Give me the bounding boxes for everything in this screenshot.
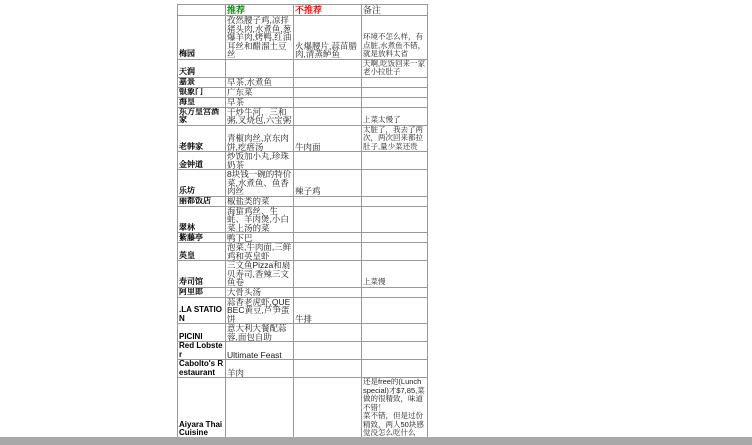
- table-row: 阿里郎 大骨头汤: [178, 287, 428, 297]
- restaurant-name-cell: 海皇: [178, 97, 226, 107]
- restaurant-name-cell: Cabolto's Restaurant: [178, 360, 226, 378]
- note-cell: [362, 170, 428, 197]
- table-row: Aiyara Thai Cuisine 还是free的(Lunch specia…: [178, 378, 428, 439]
- restaurant-name-cell: 紫藤亭: [178, 233, 226, 243]
- restaurant-name-cell: 天润: [178, 59, 226, 77]
- note-cell: [362, 297, 428, 324]
- recommend-cell: 椒盐类的菜: [226, 196, 294, 206]
- note-cell: 上菜慢: [362, 261, 428, 288]
- table-row: 丽都饭店 椒盐类的菜: [178, 196, 428, 206]
- not-recommend-cell: [294, 206, 362, 233]
- not-recommend-cell: [294, 324, 362, 342]
- recommend-cell: 孜然腰子鸡,凉拌猪头肉,水煮鱼,葱爆羊肉,烤鸭,红油耳丝和醋溜土豆丝: [226, 16, 294, 60]
- note-cell: [362, 233, 428, 243]
- restaurant-name-cell: 乐坊: [178, 170, 226, 197]
- recommend-cell: [226, 378, 294, 439]
- table-row: 天润 天啊,吃饭回来一家老小拉肚子: [178, 59, 428, 77]
- recommend-cell: 意大利大餐配蒜蓉,面包自助: [226, 324, 294, 342]
- not-recommend-cell: [294, 360, 362, 378]
- note-cell: [362, 287, 428, 297]
- table-row: PICINI 意大利大餐配蒜蓉,面包自助: [178, 324, 428, 342]
- restaurant-name-cell: 嘉景: [178, 77, 226, 87]
- note-cell: [362, 97, 428, 107]
- table-row: 翠林 海蜇鸡丝、生蚝、羊肉煲,小白菜上汤的菜: [178, 206, 428, 233]
- recommend-cell: 三文鱼Pizza和扇贝寿司,香辣三文鱼卷: [226, 261, 294, 288]
- restaurant-name-cell: 英皇: [178, 243, 226, 261]
- note-cell: [362, 77, 428, 87]
- recommend-cell: [226, 59, 294, 77]
- table-header-row: 推荐 不推荐 备注: [178, 5, 428, 16]
- note-cell: 上菜太慢了: [362, 107, 428, 125]
- restaurant-name-cell: 老韩家: [178, 125, 226, 152]
- table-row: 寿司馆 三文鱼Pizza和扇贝寿司,香辣三文鱼卷 上菜慢: [178, 261, 428, 288]
- note-cell: 太脏了，我去了两次，两次回来都拉肚子,量少菜还贵: [362, 125, 428, 152]
- not-recommend-cell: [294, 287, 362, 297]
- restaurant-name-cell: .LA STATION: [178, 297, 226, 324]
- not-recommend-cell: [294, 152, 362, 170]
- not-recommend-cell: [294, 196, 362, 206]
- note-cell: [362, 360, 428, 378]
- not-recommend-cell: 牛肉面: [294, 125, 362, 152]
- table-row: 梅园 孜然腰子鸡,凉拌猪头肉,水煮鱼,葱爆羊肉,烤鸭,红油耳丝和醋溜土豆丝 火爆…: [178, 16, 428, 60]
- recommend-cell: 早茶: [226, 97, 294, 107]
- note-cell: [362, 324, 428, 342]
- restaurant-name-cell: 梅园: [178, 16, 226, 60]
- note-cell: [362, 152, 428, 170]
- recommend-cell: 干炒牛河，三和粥,叉烧包,六宝粥: [226, 107, 294, 125]
- table-row: 银象门 广东菜: [178, 87, 428, 97]
- restaurant-name-cell: 银象门: [178, 87, 226, 97]
- recommend-cell: 鸭下巴: [226, 233, 294, 243]
- recommend-cell: 早茶,水煮鱼: [226, 77, 294, 87]
- table-row: 老韩家 青椒肉丝,京东肉饼,疙瘩汤 牛肉面 太脏了，我去了两次，两次回来都拉肚子…: [178, 125, 428, 152]
- table-row: 紫藤亭 鸭下巴: [178, 233, 428, 243]
- recommend-cell: 青椒肉丝,京东肉饼,疙瘩汤: [226, 125, 294, 152]
- not-recommend-cell: 火爆腰片,蒜苗腊肉,清蒸鲈鱼: [294, 16, 362, 60]
- header-note-column: 备注: [362, 5, 428, 16]
- not-recommend-cell: [294, 261, 362, 288]
- table-row: 英皇 泡菜,牛肉面,三鲜鸡和英皇虾: [178, 243, 428, 261]
- note-cell: [362, 243, 428, 261]
- restaurant-name-cell: Aiyara Thai Cuisine: [178, 378, 226, 439]
- restaurant-name-cell: 寿司馆: [178, 261, 226, 288]
- recommend-cell: 蒜香老虎虾,QUEBEC黄豆,芦笋蛋饼: [226, 297, 294, 324]
- recommend-cell: 广东菜: [226, 87, 294, 97]
- header-not-recommend-column: 不推荐: [294, 5, 362, 16]
- not-recommend-cell: [294, 97, 362, 107]
- recommend-cell: 大骨头汤: [226, 287, 294, 297]
- not-recommend-cell: 牛排: [294, 297, 362, 324]
- recommend-cell: 羊肉: [226, 360, 294, 378]
- recommend-cell: 炒饭加小丸,珍珠奶茶: [226, 152, 294, 170]
- restaurant-review-table: 推荐 不推荐 备注 梅园 孜然腰子鸡,凉拌猪头肉,水煮鱼,葱爆羊肉,烤鸭,红油耳…: [177, 4, 428, 439]
- not-recommend-cell: [294, 59, 362, 77]
- note-cell: [362, 342, 428, 360]
- table-row: 东方皇宫酒家 干炒牛河，三和粥,叉烧包,六宝粥 上菜太慢了: [178, 107, 428, 125]
- restaurant-name-cell: PICINI: [178, 324, 226, 342]
- restaurant-name-cell: Red Lobster: [178, 342, 226, 360]
- recommend-cell: 泡菜,牛肉面,三鲜鸡和英皇虾: [226, 243, 294, 261]
- not-recommend-cell: [294, 107, 362, 125]
- header-restaurant-column: [178, 5, 226, 16]
- table-row: 海皇 早茶: [178, 97, 428, 107]
- table-row: 嘉景 早茶,水煮鱼: [178, 77, 428, 87]
- table-row: 乐坊 8块钱一碗的特价菜,水煮鱼、鱼香肉丝 辣子鸡: [178, 170, 428, 197]
- restaurant-table-body: 梅园 孜然腰子鸡,凉拌猪头肉,水煮鱼,葱爆羊肉,烤鸭,红油耳丝和醋溜土豆丝 火爆…: [178, 16, 428, 439]
- not-recommend-cell: [294, 243, 362, 261]
- header-recommend-column: 推荐: [226, 5, 294, 16]
- table-row: 金钟道 炒饭加小丸,珍珠奶茶: [178, 152, 428, 170]
- table-row: Red Lobster Ultimate Feast: [178, 342, 428, 360]
- recommend-cell: 8块钱一碗的特价菜,水煮鱼、鱼香肉丝: [226, 170, 294, 197]
- note-cell: [362, 196, 428, 206]
- not-recommend-cell: [294, 87, 362, 97]
- note-cell: 天啊,吃饭回来一家老小拉肚子: [362, 59, 428, 77]
- not-recommend-cell: [294, 77, 362, 87]
- restaurant-name-cell: 翠林: [178, 206, 226, 233]
- bottom-gray-bar: [0, 437, 752, 445]
- recommend-cell: Ultimate Feast: [226, 342, 294, 360]
- restaurant-name-cell: 东方皇宫酒家: [178, 107, 226, 125]
- not-recommend-cell: [294, 342, 362, 360]
- restaurant-name-cell: 阿里郎: [178, 287, 226, 297]
- recommend-cell: 海蜇鸡丝、生蚝、羊肉煲,小白菜上汤的菜: [226, 206, 294, 233]
- not-recommend-cell: [294, 378, 362, 439]
- not-recommend-cell: [294, 233, 362, 243]
- restaurant-name-cell: 金钟道: [178, 152, 226, 170]
- restaurant-name-cell: 丽都饭店: [178, 196, 226, 206]
- note-cell: [362, 206, 428, 233]
- note-cell: 还是free的(Lunch special)才$7,85,菜做的很精致，味道不错…: [362, 378, 428, 439]
- note-cell: [362, 87, 428, 97]
- note-cell: 环境不怎么样，有点脏,水煮鱼不错，就是放料太省: [362, 16, 428, 60]
- table-row: Cabolto's Restaurant 羊肉: [178, 360, 428, 378]
- table-row: .LA STATION 蒜香老虎虾,QUEBEC黄豆,芦笋蛋饼 牛排: [178, 297, 428, 324]
- not-recommend-cell: 辣子鸡: [294, 170, 362, 197]
